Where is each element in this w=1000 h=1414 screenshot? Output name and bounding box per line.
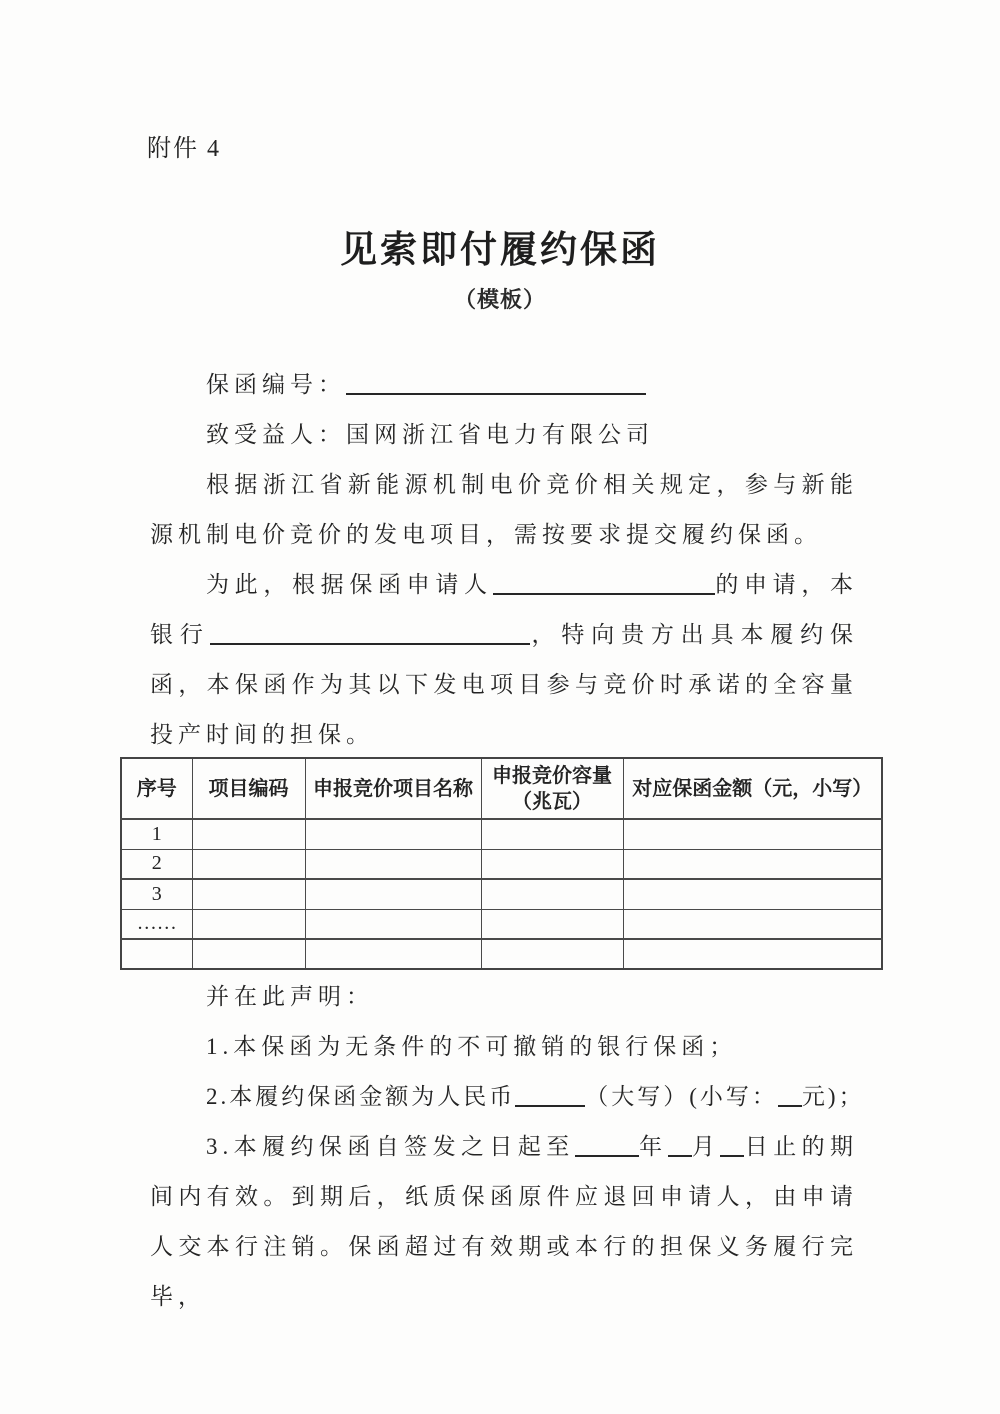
- guarantee-number-blank: [346, 375, 646, 395]
- empty-cell: [481, 819, 623, 849]
- empty-cell: [623, 909, 882, 939]
- col-header-index: 序号: [121, 758, 192, 819]
- empty-cell: [623, 819, 882, 849]
- document-subtitle: （模板）: [0, 283, 1000, 314]
- beneficiary-line: 致受益人：国网浙江省电力有限公司: [150, 410, 858, 460]
- col-header-project-name: 申报竞价项目名称: [305, 758, 481, 819]
- declaration-item-3-text-1: 3.本履约保函自签发之日起至: [206, 1134, 575, 1159]
- declaration-heading: 并在此声明：: [150, 972, 858, 1022]
- declaration-item-3-text-4: 日止的期间内有效。到期后，纸质保函原件应退回申请人，由申请人交本行注销。保函超过…: [150, 1134, 858, 1309]
- table-row-blank: [121, 939, 882, 969]
- col-header-amount: 对应保函金额（元，小写）: [623, 758, 882, 819]
- table-row-3: 3: [121, 879, 882, 909]
- empty-cell: [623, 879, 882, 909]
- row-number-cell: ……: [121, 909, 192, 939]
- table-row-1: 1: [121, 819, 882, 849]
- day-blank: [720, 1137, 744, 1157]
- empty-cell: [192, 909, 305, 939]
- table-row-2: 2: [121, 849, 882, 879]
- intro-section: 保函编号： 致受益人：国网浙江省电力有限公司 根据浙江省新能源机制电价竞价相关规…: [150, 360, 858, 760]
- document-title: 见索即付履约保函: [0, 219, 1000, 273]
- paragraph-application-text-1: 为此，根据保函申请人: [206, 572, 493, 597]
- empty-cell: [192, 819, 305, 849]
- paragraph-application: 为此，根据保函申请人的申请，本银行，特向贵方出具本履约保函，本保函作为其以下发电…: [150, 560, 858, 760]
- guarantee-number-label: 保函编号：: [206, 372, 346, 397]
- document-page: 附件 4 见索即付履约保函 （模板） 保函编号： 致受益人：国网浙江省电力有限公…: [0, 0, 1000, 1414]
- year-blank: [575, 1137, 639, 1157]
- empty-cell: [623, 939, 882, 969]
- guarantee-number-line: 保函编号：: [150, 360, 858, 410]
- projects-table: 序号 项目编码 申报竞价项目名称 申报竞价容量（兆瓦） 对应保函金额（元，小写）…: [120, 757, 883, 970]
- empty-cell: [305, 909, 481, 939]
- empty-cell: [305, 939, 481, 969]
- applicant-name-blank: [493, 575, 715, 595]
- col-header-capacity: 申报竞价容量（兆瓦）: [481, 758, 623, 819]
- empty-cell: [192, 879, 305, 909]
- table-row-ellipsis: ……: [121, 909, 882, 939]
- empty-cell: [481, 849, 623, 879]
- declaration-item-2: 2.本履约保函金额为人民币（大写）(小写：元)；: [150, 1072, 858, 1122]
- empty-cell: [481, 879, 623, 909]
- paragraph-regulation: 根据浙江省新能源机制电价竞价相关规定，参与新能源机制电价竞价的发电项目，需按要求…: [150, 460, 858, 560]
- attachment-label: 附件 4: [147, 128, 221, 163]
- empty-cell: [481, 909, 623, 939]
- empty-cell: [192, 849, 305, 879]
- row-number-cell: 3: [121, 879, 192, 909]
- empty-cell: [305, 879, 481, 909]
- declaration-section: 并在此声明： 1.本保函为无条件的不可撤销的银行保函； 2.本履约保函金额为人民…: [150, 972, 858, 1322]
- bank-name-blank: [210, 625, 530, 645]
- declaration-item-2-text-1: 2.本履约保函金额为人民币: [206, 1084, 515, 1109]
- empty-cell: [305, 849, 481, 879]
- row-number-cell: [121, 939, 192, 969]
- table-header-row: 序号 项目编码 申报竞价项目名称 申报竞价容量（兆瓦） 对应保函金额（元，小写）: [121, 758, 882, 819]
- col-header-project-code: 项目编码: [192, 758, 305, 819]
- declaration-item-2-text-2: （大写）(小写：: [585, 1084, 778, 1109]
- empty-cell: [623, 849, 882, 879]
- declaration-item-2-text-3: 元)；: [802, 1084, 865, 1109]
- row-number-cell: 2: [121, 849, 192, 879]
- row-number-cell: 1: [121, 819, 192, 849]
- amount-figures-blank: [778, 1087, 802, 1107]
- declaration-item-3: 3.本履约保函自签发之日起至年月日止的期间内有效。到期后，纸质保函原件应退回申请…: [150, 1122, 858, 1322]
- empty-cell: [481, 939, 623, 969]
- month-blank: [668, 1137, 692, 1157]
- declaration-item-3-text-2: 年: [639, 1134, 668, 1159]
- empty-cell: [192, 939, 305, 969]
- amount-words-blank: [515, 1087, 585, 1107]
- declaration-item-3-text-3: 月: [692, 1134, 721, 1159]
- empty-cell: [305, 819, 481, 849]
- declaration-item-1: 1.本保函为无条件的不可撤销的银行保函；: [150, 1022, 858, 1072]
